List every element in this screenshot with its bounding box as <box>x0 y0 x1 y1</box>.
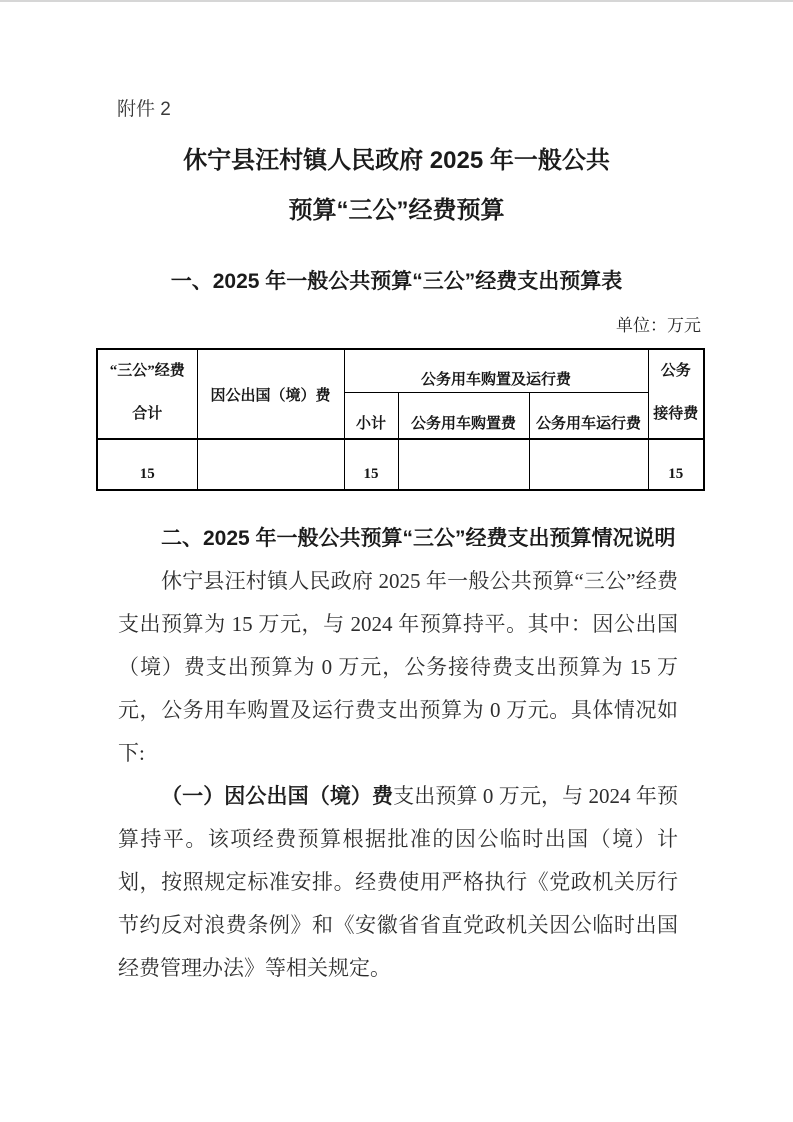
header-reception-line2: 接待费 <box>649 402 704 423</box>
header-sangong-total: “三公”经费 合计 <box>97 349 197 439</box>
cell-sangong-total: 15 <box>97 439 197 490</box>
table-header-row-1: “三公”经费 合计 因公出国（境）费 公务用车购置及运行费 公务 接待费 <box>97 349 704 393</box>
paragraph-abroad-rest: 支出预算 0 万元，与 2024 年预算持平。该项经费预算根据批准的因公临时出国… <box>118 784 678 980</box>
section1-heading: 一、2025 年一般公共预算“三公”经费支出预算表 <box>0 260 793 303</box>
unit-note: 单位：万元 <box>616 308 701 344</box>
header-sangong-total-lines: “三公”经费 合计 <box>98 350 197 427</box>
header-reception-line1: 公务 <box>649 359 704 380</box>
section2-heading: 二、2025 年一般公共预算“三公”经费支出预算情况说明 <box>118 517 678 560</box>
cell-abroad-fee <box>197 439 344 490</box>
header-abroad-fee: 因公出国（境）费 <box>197 349 344 439</box>
document-title-line2: 预算“三公”经费预算 <box>0 186 793 236</box>
paragraph-abroad-lead: （一）因公出国（境）费 <box>161 784 393 808</box>
sangong-budget-table: “三公”经费 合计 因公出国（境）费 公务用车购置及运行费 公务 接待费 小计 … <box>96 348 705 491</box>
header-vehicle-purchase: 公务用车购置费 <box>398 393 529 440</box>
paragraph-overview: 休宁县汪村镇人民政府 2025 年一般公共预算“三公”经费支出预算为 15 万元… <box>118 560 678 775</box>
document-title: 休宁县汪村镇人民政府 2025 年一般公共 预算“三公”经费预算 <box>0 136 793 236</box>
header-reception-fee-lines: 公务 接待费 <box>649 350 704 427</box>
cell-vehicle-operation <box>529 439 648 490</box>
paragraph-abroad-detail: （一）因公出国（境）费支出预算 0 万元，与 2024 年预算持平。该项经费预算… <box>118 775 678 990</box>
cell-reception-fee: 15 <box>648 439 704 490</box>
cell-vehicle-subtotal: 15 <box>344 439 398 490</box>
header-sangong-total-line2: 合计 <box>98 402 197 423</box>
attachment-label: 附件 2 <box>117 99 171 121</box>
document-page: 附件 2 休宁县汪村镇人民政府 2025 年一般公共 预算“三公”经费预算 一、… <box>0 0 793 1122</box>
header-vehicle-group: 公务用车购置及运行费 <box>344 349 648 393</box>
table-data-row: 15 15 15 <box>97 439 704 490</box>
header-vehicle-operation: 公务用车运行费 <box>529 393 648 440</box>
cell-vehicle-purchase <box>398 439 529 490</box>
page-top-edge <box>0 0 793 2</box>
document-title-line1: 休宁县汪村镇人民政府 2025 年一般公共 <box>0 136 793 186</box>
header-sangong-total-line1: “三公”经费 <box>98 359 197 380</box>
section2-body: 二、2025 年一般公共预算“三公”经费支出预算情况说明 休宁县汪村镇人民政府 … <box>118 517 678 990</box>
header-vehicle-subtotal: 小计 <box>344 393 398 440</box>
header-reception-fee: 公务 接待费 <box>648 349 704 439</box>
